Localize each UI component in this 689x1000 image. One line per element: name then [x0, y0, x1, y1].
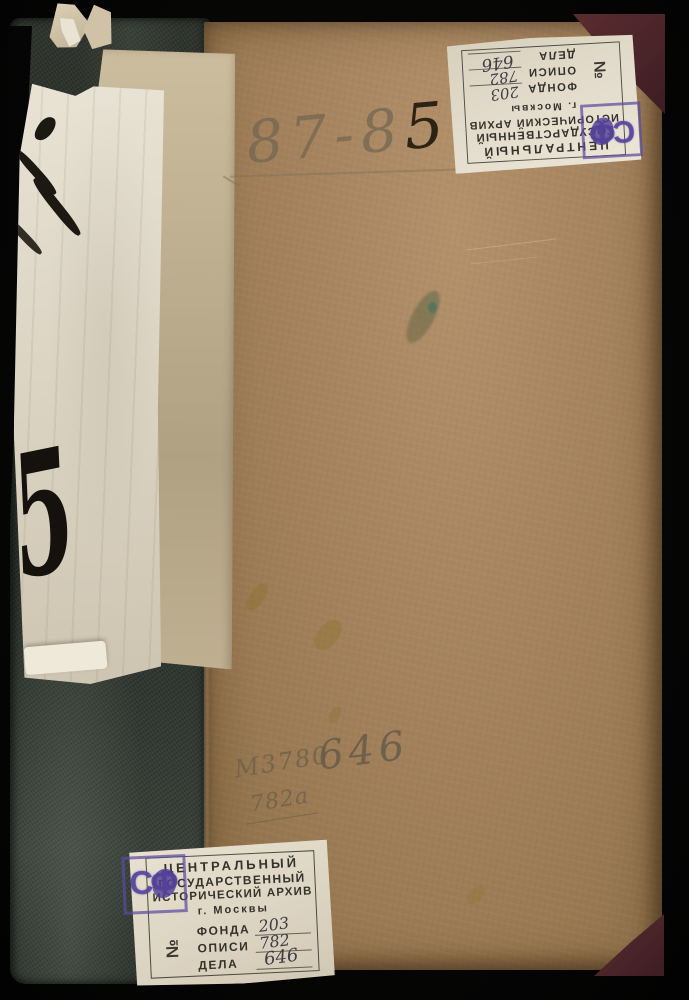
field-rows: ФОНДА 203 ОПИСИ 782 ДЕЛА 646: [196, 916, 312, 972]
sf-stamp: СФ: [580, 101, 643, 159]
archive-book-photo: 5 87-85 М3780 646 782а ЦЕНТРАЛЬНЫЙ: [0, 0, 689, 1000]
delo-value: 646: [263, 945, 300, 970]
opis-label: ОПИСИ: [527, 64, 576, 80]
archive-label-top: ЦЕНТРАЛЬНЫЙ ГОСУДАРСТВЕННЫЙ ИСТОРИЧЕСКИЙ…: [447, 32, 644, 174]
number-sign: №: [163, 939, 184, 959]
sf-stamp: СФ: [121, 854, 188, 915]
spine-label-fold: [24, 641, 108, 676]
book-cover: 5 87-85 М3780 646 782а ЦЕНТРАЛЬНЫЙ: [8, 14, 664, 990]
delo-label: ДЕЛА: [198, 957, 239, 973]
spine-paper-label: 5: [12, 84, 165, 685]
case-number-pencil: 87-8: [244, 95, 408, 177]
delo-label: ДЕЛА: [537, 48, 575, 63]
number-sign-column: №: [575, 45, 617, 95]
case-number-ink: 5: [401, 87, 454, 164]
spine-calligraphy-fragment: [33, 114, 58, 144]
number-sign: №: [589, 60, 609, 79]
fond-label: ФОНДА: [526, 80, 577, 96]
archive-label-bottom: ЦЕНТРАЛЬНЫЙ ГОСУДАРСТВЕННЫЙ ИСТОРИЧЕСКИЙ…: [127, 839, 335, 988]
teal-spot: [428, 302, 437, 313]
label-fields: № ФОНДА 203 ОПИСИ 782 ДЕЛА: [154, 916, 312, 974]
spine-calligraphy-fragment: [13, 148, 58, 197]
number-sign-column: №: [154, 922, 198, 975]
field-rows: ФОНДА 203 ОПИСИ 782 ДЕЛА 646: [468, 48, 578, 102]
label-fields: № ФОНДА 203 ОПИСИ 782 ДЕЛА: [468, 45, 617, 101]
spine-calligraphy-fragment: [31, 176, 84, 238]
